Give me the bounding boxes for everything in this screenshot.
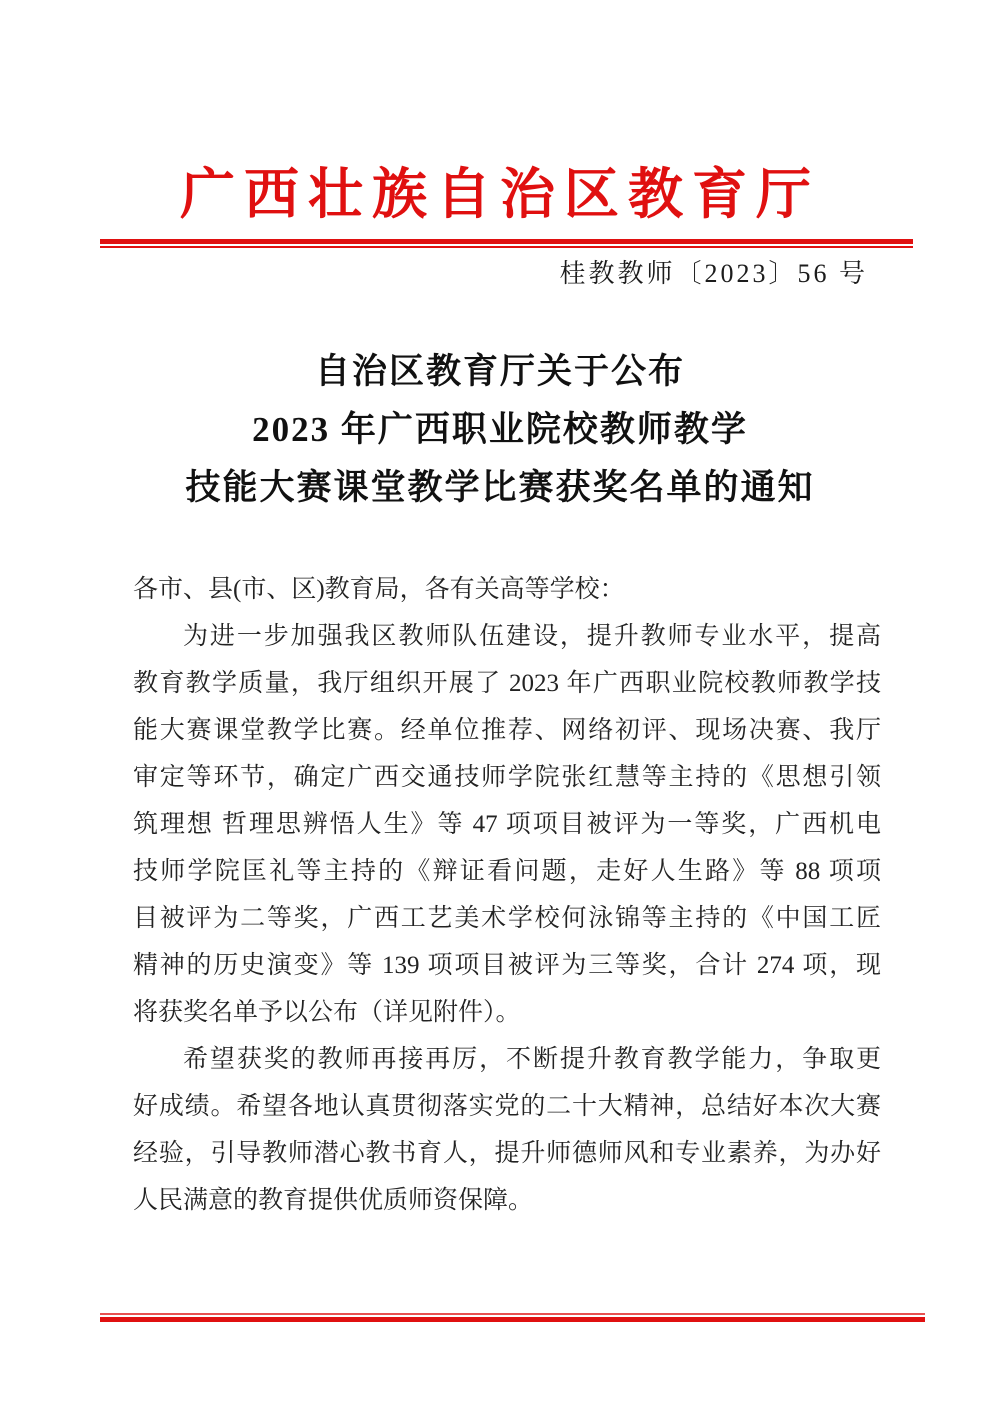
body-line: 人民满意的教育提供优质师资保障。 — [133, 1177, 881, 1224]
notice-title: 自治区教育厅关于公布 2023 年广西职业院校教师教学 技能大赛课堂教学比赛获奖… — [0, 343, 1000, 517]
body-line: 经验，引导教师潜心教书育人，提升师德师风和专业素养，为办好 — [133, 1130, 881, 1177]
body-line: 教育教学质量，我厅组织开展了 2023 年广西职业院校教师教学技 — [133, 660, 881, 707]
body-line: 审定等环节，确定广西交通技师学院张红慧等主持的《思想引领 — [133, 754, 881, 801]
document-reference-number: 桂教教师〔2023〕56 号 — [559, 258, 868, 290]
body-line: 技师学院匡礼等主持的《辩证看问题，走好人生路》等 88 项项 — [133, 848, 881, 895]
body-line: 希望获奖的教师再接再厉，不断提升教育教学能力，争取更 — [133, 1036, 881, 1083]
salutation-line: 各市、县(市、区)教育局，各有关高等学校： — [133, 566, 881, 613]
notice-title-line: 技能大赛课堂教学比赛获奖名单的通知 — [0, 459, 1000, 517]
notice-title-line: 2023 年广西职业院校教师教学 — [0, 401, 1000, 459]
red-footer-separator-line — [100, 1313, 925, 1322]
body-line: 好成绩。希望各地认真贯彻落实党的二十大精神，总结好本次大赛 — [133, 1083, 881, 1130]
red-header-separator-line — [100, 239, 913, 248]
body-line: 精神的历史演变》等 139 项项目被评为三等奖，合计 274 项，现 — [133, 942, 881, 989]
official-document-page: 广西壮族自治区教育厅 桂教教师〔2023〕56 号 自治区教育厅关于公布 202… — [0, 0, 1000, 1414]
agency-name: 广西壮族自治区教育厅 — [0, 160, 1000, 230]
body-line: 能大赛课堂教学比赛。经单位推荐、网络初评、现场决赛、我厅 — [133, 707, 881, 754]
notice-body: 各市、县(市、区)教育局，各有关高等学校： 为进一步加强我区教师队伍建设，提升教… — [133, 566, 881, 1224]
body-line: 将获奖名单予以公布（详见附件）。 — [133, 989, 881, 1036]
notice-title-line: 自治区教育厅关于公布 — [0, 343, 1000, 401]
body-line: 目被评为二等奖，广西工艺美术学校何泳锦等主持的《中国工匠 — [133, 895, 881, 942]
body-line: 为进一步加强我区教师队伍建设，提升教师专业水平，提高 — [133, 613, 881, 660]
body-line: 筑理想 哲理思辨悟人生》等 47 项项目被评为一等奖，广西机电 — [133, 801, 881, 848]
